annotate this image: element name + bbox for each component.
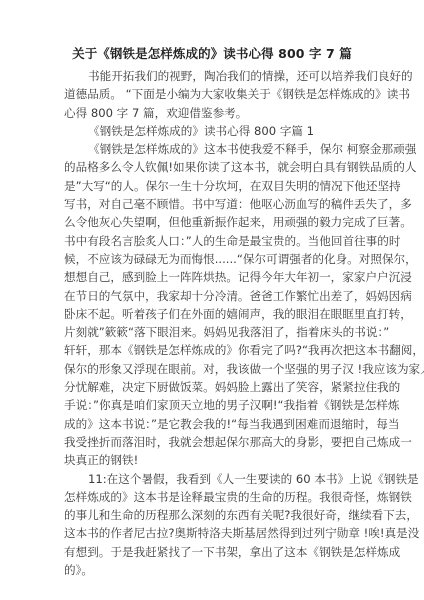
text-line: 有想到。于是我赶紧找了一下书架，拿出了这本《钢铁是怎样炼成 [64,543,364,561]
text-line: 么令他灰心失望啊，但他重新振作起来，用顽强的毅力完成了巨著。 [64,213,364,231]
text-line: 怎样炼成的》这本书是诠释最宝贵的生命的历程。我很奇怪，炼钢铁 [64,488,364,506]
document-page: 关于《钢铁是怎样炼成的》读书心得 800 字 7 篇 书能开拓我们的视野，陶冶我… [0,0,424,600]
text-line: 想想自己，感到脸上一阵阵烘热。记得今年大年初一，家家户户沉浸 [64,268,364,286]
text-line: 候，不应该为碌碌无为而悔恨......“保尔可谓强者的化身。对照保尔， [64,250,364,268]
text-line: 分忧解难，决定下厨做饭菜。妈妈脸上露出了笑容，紧紧拉住我的 [64,378,364,396]
text-line: 成的》这本书说：”是它教会我的!“每当我遇到困难而退缩时，每当 [64,415,364,433]
text-line: 块真正的钢铁! [64,451,364,469]
text-line: 是”大写“的人。保尔一生十分坎坷，在双目失明的情况下他还坚持 [64,177,364,195]
text-line: 手说：”你真是咱们家顶天立地的男子汉啊!“我指着《钢铁是怎样炼 [64,396,364,414]
document-title: 关于《钢铁是怎样炼成的》读书心得 800 字 7 篇 [0,44,424,62]
text-line: 片刻就”簌簌“落下眼泪来。妈妈见我落泪了，指着床头的书说：” [64,323,364,341]
text-line: 的事儿和生命的历程那么深刻的东西有关呢?我很好奇，继续看下去， [64,506,364,524]
text-line: 书中有段名言脍炙人口：”人的生命是最宝贵的。当他回首往事的时 [64,232,364,250]
text-line: 《钢铁是怎样炼成的》读书心得 800 字篇 1 [64,122,364,140]
text-line: 轩轩，那本《钢铁是怎样炼成的》你看完了吗?“我再次把这本书翻阅， [64,341,364,359]
text-line: 这本书的作者尼古拉?奥斯特洛夫斯基居然得到过列宁勋章 !唉!真是没 [64,524,364,542]
text-line: 《钢铁是怎样炼成的》这本书使我爱不释手，保尔 柯察金那顽强 [64,140,364,158]
text-line: 的品格多么令人钦佩!如果你读了这本书，就会明白具有钢铁品质的人 [64,158,364,176]
text-line: 11:在这个暑假，我看到《人一生要读的 60 本书》上说《钢铁是 [64,470,364,488]
text-line: 心得 800 字 7 篇，欢迎借鉴参考。 [64,104,364,122]
document-body: 书能开拓我们的视野，陶冶我们的情操，还可以培养我们良好的道德品质。 “下面是小编… [64,67,364,579]
text-line: 道德品质。 “下面是小编为大家收集关于《钢铁是怎样炼成的》读书 [64,85,364,103]
text-line: 卧床不起。听着孩子们在外面的嬉闹声，我的眼泪在眼眶里直打转， [64,305,364,323]
text-line: 书能开拓我们的视野，陶冶我们的情操，还可以培养我们良好的 [64,67,364,85]
text-line: 写书，对自己毫不顾惜。书中写道：他呕心沥血写的稿件丢失了，多 [64,195,364,213]
text-line: 我受挫折而落泪时，我就会想起保尔那高大的身影，要把自己炼成一 [64,433,364,451]
text-line: 的》。 [64,561,364,579]
text-line: 保尔的形象又浮现在眼前。对，我该做一个坚强的男子汉 !我应该为家人 [64,360,364,378]
text-line: 在节日的气氛中，我家却十分冷清。爸爸工作繁忙出差了，妈妈因病 [64,287,364,305]
